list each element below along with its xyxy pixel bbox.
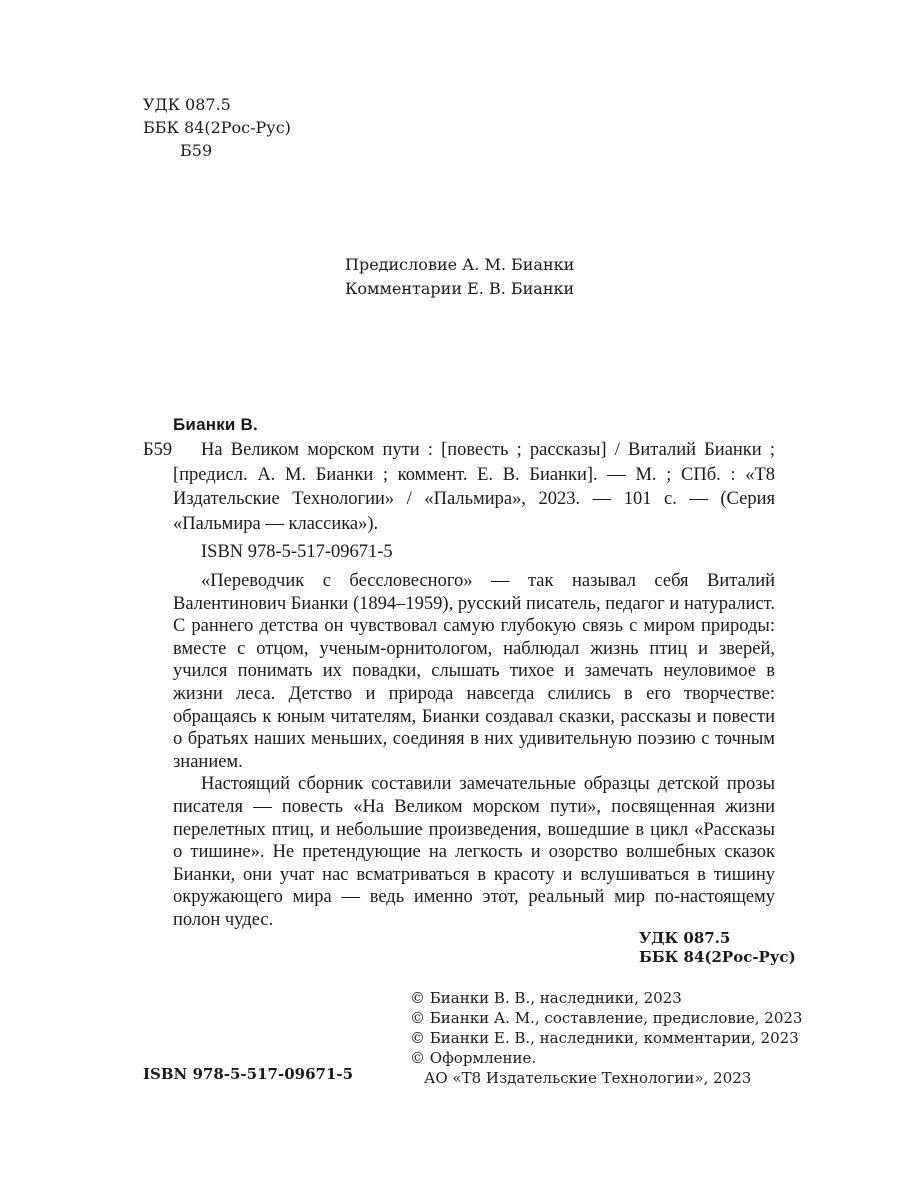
- annotation-paragraph: «Переводчик с бессловесного» — так назыв…: [173, 570, 775, 773]
- record-author-mark: Б59: [143, 438, 172, 463]
- copyright-line: © Бианки Е. В., наследники, комментарии,…: [410, 1028, 802, 1048]
- bibliographic-record: Б59 На Великом морском пути : [повесть ;…: [143, 438, 775, 565]
- copyright-block: © Бианки В. В., наследники, 2023 © Бианк…: [410, 988, 802, 1088]
- publisher-line: АО «Т8 Издательские Технологии», 2023: [410, 1068, 802, 1088]
- record-author: Бианки В.: [173, 415, 258, 435]
- copyright-line: © Бианки В. В., наследники, 2023: [410, 988, 802, 1008]
- top-classification-codes: УДК 087.5 ББК 84(2Рос-Рус) Б59: [143, 93, 291, 162]
- comments-credit: Комментарии Е. В. Бианки: [345, 277, 574, 301]
- bbk-code-bottom: ББК 84(2Рос-Рус): [639, 948, 796, 967]
- udk-code: УДК 087.5: [143, 93, 291, 116]
- copyright-line: © Оформление.: [410, 1048, 802, 1068]
- credits-block: Предисловие А. М. Бианки Комментарии Е. …: [345, 253, 574, 301]
- record-description: На Великом морском пути : [повесть ; рас…: [173, 438, 775, 536]
- copyright-line: © Бианки А. М., составление, предисловие…: [410, 1008, 802, 1028]
- record-isbn: ISBN 978-5-517-09671-5: [201, 540, 775, 565]
- annotation-paragraph: Настоящий сборник составили замечательны…: [173, 773, 775, 931]
- author-mark: Б59: [143, 139, 291, 162]
- bottom-classification-codes: УДК 087.5 ББК 84(2Рос-Рус): [639, 929, 796, 967]
- isbn-bottom: ISBN 978-5-517-09671-5: [143, 1065, 353, 1083]
- annotation: «Переводчик с бессловесного» — так назыв…: [173, 570, 775, 932]
- udk-code-bottom: УДК 087.5: [639, 929, 796, 948]
- bbk-code: ББК 84(2Рос-Рус): [143, 116, 291, 139]
- preface-credit: Предисловие А. М. Бианки: [345, 253, 574, 277]
